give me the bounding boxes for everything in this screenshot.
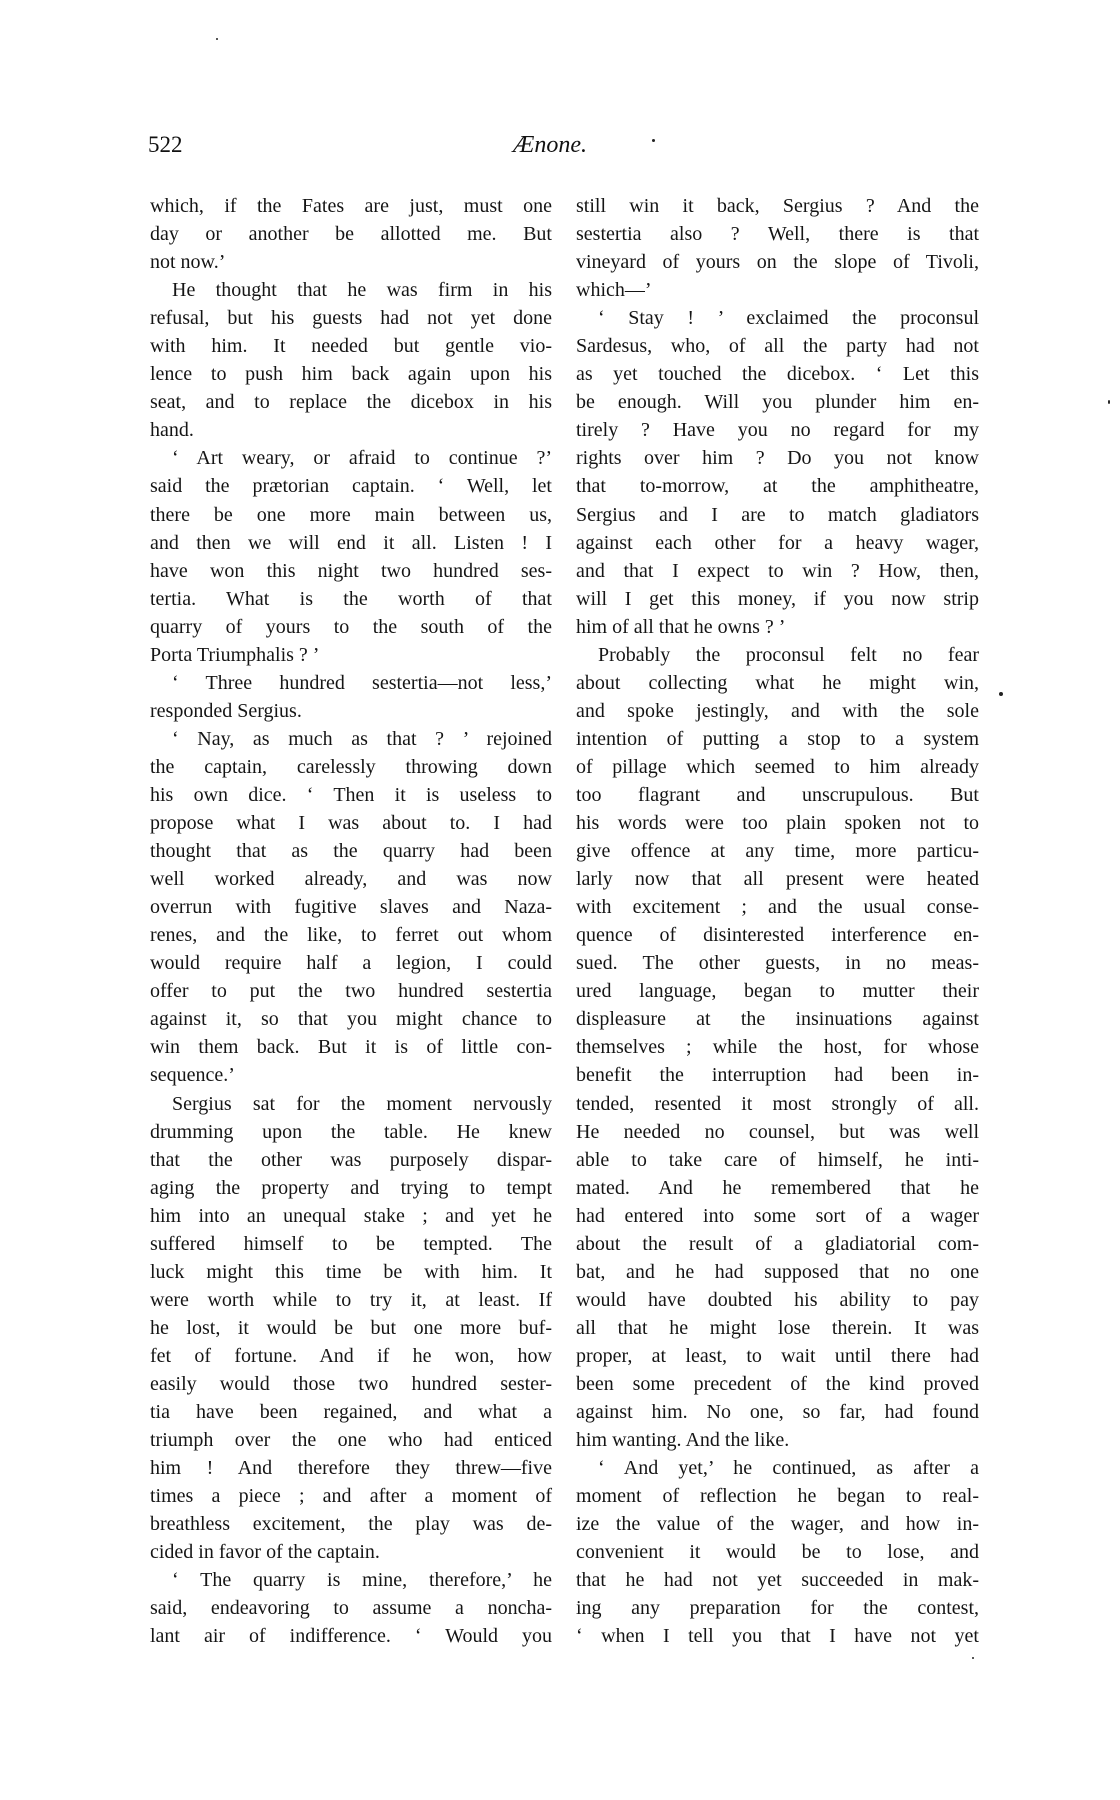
text-line: easily would those two hundred sester- <box>150 1370 552 1398</box>
text-line: propose what I was about to. I had <box>150 809 552 837</box>
text-line: him ! And therefore they threw—five <box>150 1454 552 1482</box>
text-line: seat, and to replace the dicebox in his <box>150 388 552 416</box>
book-page: 522 Ænone. which, if the Fates are just,… <box>0 0 1120 1800</box>
text-line: benefit the interruption had been in- <box>576 1061 979 1089</box>
text-line: suffered himself to be tempted. The <box>150 1230 552 1258</box>
right-text-column: still win it back, Sergius ? And thesest… <box>576 192 979 1650</box>
text-line: that the other was purposely dispar- <box>150 1146 552 1174</box>
text-line: mated. And he remembered that he <box>576 1174 979 1202</box>
text-line: vineyard of yours on the slope of Tivoli… <box>576 248 979 276</box>
text-line: said the prætorian captain. ‘ Well, let <box>150 472 552 500</box>
text-line: sestertia also ? Well, there is that <box>576 220 979 248</box>
text-line: He thought that he was firm in his <box>150 276 552 304</box>
text-line: drumming upon the table. He knew <box>150 1118 552 1146</box>
text-line: breathless excitement, the play was de- <box>150 1510 552 1538</box>
text-line: which—’ <box>576 276 979 304</box>
text-line: be enough. Will you plunder him en- <box>576 388 979 416</box>
scan-speck <box>1108 400 1110 404</box>
text-line: ‘ Three hundred sestertia—not less,’ <box>150 669 552 697</box>
text-line: ‘ Art weary, or afraid to continue ?’ <box>150 444 552 472</box>
text-line: him of all that he owns ? ’ <box>576 613 979 641</box>
text-line: which, if the Fates are just, must one <box>150 192 552 220</box>
text-line: not now.’ <box>150 248 552 276</box>
text-line: proper, at least, to wait until there ha… <box>576 1342 979 1370</box>
text-line: as yet touched the dicebox. ‘ Let this <box>576 360 979 388</box>
text-line: about collecting what he might win, <box>576 669 979 697</box>
text-line: triumph over the one who had enticed <box>150 1426 552 1454</box>
text-line: renes, and the like, to ferret out whom <box>150 921 552 949</box>
page-number: 522 <box>148 131 183 159</box>
text-line: intention of putting a stop to a system <box>576 725 979 753</box>
text-line: lant air of indifference. ‘ Would you <box>150 1622 552 1650</box>
text-line: have won this night two hundred ses- <box>150 557 552 585</box>
text-line: his words were too plain spoken not to <box>576 809 979 837</box>
text-line: had entered into some sort of a wager <box>576 1202 979 1230</box>
text-line: still win it back, Sergius ? And the <box>576 192 979 220</box>
text-line: cided in favor of the captain. <box>150 1538 552 1566</box>
text-line: times a piece ; and after a moment of <box>150 1482 552 1510</box>
text-line: hand. <box>150 416 552 444</box>
text-line: that to-morrow, at the amphitheatre, <box>576 472 979 500</box>
text-line: him into an unequal stake ; and yet he <box>150 1202 552 1230</box>
scan-speck <box>216 38 218 40</box>
running-head: 522 Ænone. <box>0 131 1120 159</box>
text-line: with him. It needed but gentle vio- <box>150 332 552 360</box>
text-line: convenient it would be to lose, and <box>576 1538 979 1566</box>
text-line: thought that as the quarry had been <box>150 837 552 865</box>
text-line: would have doubted his ability to pay <box>576 1286 979 1314</box>
text-line: tirely ? Have you no regard for my <box>576 416 979 444</box>
text-line: ‘ And yet,’ he continued, as after a <box>576 1454 979 1482</box>
text-line: well worked already, and was now <box>150 865 552 893</box>
text-line: ing any preparation for the contest, <box>576 1594 979 1622</box>
text-line: fet of fortune. And if he won, how <box>150 1342 552 1370</box>
text-line: day or another be allotted me. But <box>150 220 552 248</box>
text-line: were worth while to try it, at least. If <box>150 1286 552 1314</box>
text-line: too flagrant and unscrupulous. But <box>576 781 979 809</box>
text-line: aging the property and trying to tempt <box>150 1174 552 1202</box>
text-line: overrun with fugitive slaves and Naza- <box>150 893 552 921</box>
text-line: bat, and he had supposed that no one <box>576 1258 979 1286</box>
text-line: him wanting. And the like. <box>576 1426 979 1454</box>
text-line: moment of reflection he began to real- <box>576 1482 979 1510</box>
text-line: against him. No one, so far, had found <box>576 1398 979 1426</box>
text-line: been some precedent of the kind proved <box>576 1370 979 1398</box>
text-line: larly now that all present were heated <box>576 865 979 893</box>
text-line: luck might this time be with him. It <box>150 1258 552 1286</box>
text-line: tia have been regained, and what a <box>150 1398 552 1426</box>
text-line: Probably the proconsul felt no fear <box>576 641 979 669</box>
text-line: sued. The other guests, in no meas- <box>576 949 979 977</box>
left-text-column: which, if the Fates are just, must oneda… <box>150 192 552 1650</box>
text-line: lence to push him back again upon his <box>150 360 552 388</box>
scan-speck <box>652 139 655 142</box>
text-line: Sardesus, who, of all the party had not <box>576 332 979 360</box>
text-line: ‘ Nay, as much as that ? ’ rejoined <box>150 725 552 753</box>
text-line: displeasure at the insinuations against <box>576 1005 979 1033</box>
text-line: able to take care of himself, he inti- <box>576 1146 979 1174</box>
text-line: and then we will end it all. Listen ! I <box>150 529 552 557</box>
text-line: responded Sergius. <box>150 697 552 725</box>
scan-speck <box>999 692 1003 696</box>
text-line: tended, resented it most strongly of all… <box>576 1090 979 1118</box>
text-line: he lost, it would be but one more buf- <box>150 1314 552 1342</box>
text-line: win them back. But it is of little con- <box>150 1033 552 1061</box>
text-line: ‘ Stay ! ’ exclaimed the proconsul <box>576 304 979 332</box>
text-line: Sergius and I are to match gladiators <box>576 501 979 529</box>
text-line: and that I expect to win ? How, then, <box>576 557 979 585</box>
text-line: his own dice. ‘ Then it is useless to <box>150 781 552 809</box>
text-line: the captain, carelessly throwing down <box>150 753 552 781</box>
text-line: ize the value of the wager, and how in- <box>576 1510 979 1538</box>
scan-speck <box>972 1657 974 1659</box>
text-line: rights over him ? Do you not know <box>576 444 979 472</box>
text-line: with excitement ; and the usual conse- <box>576 893 979 921</box>
text-line: about the result of a gladiatorial com- <box>576 1230 979 1258</box>
text-line: would require half a legion, I could <box>150 949 552 977</box>
text-line: give offence at any time, more particu- <box>576 837 979 865</box>
text-line: all that he might lose therein. It was <box>576 1314 979 1342</box>
text-line: will I get this money, if you now strip <box>576 585 979 613</box>
text-line: Porta Triumphalis ? ’ <box>150 641 552 669</box>
text-line: He needed no counsel, but was well <box>576 1118 979 1146</box>
text-line: ‘ The quarry is mine, therefore,’ he <box>150 1566 552 1594</box>
text-line: against each other for a heavy wager, <box>576 529 979 557</box>
text-line: quarry of yours to the south of the <box>150 613 552 641</box>
text-line: there be one more main between us, <box>150 501 552 529</box>
text-line: offer to put the two hundred sestertia <box>150 977 552 1005</box>
text-line: against it, so that you might chance to <box>150 1005 552 1033</box>
running-title: Ænone. <box>513 131 587 159</box>
text-line: sequence.’ <box>150 1061 552 1089</box>
text-line: Sergius sat for the moment nervously <box>150 1090 552 1118</box>
text-line: of pillage which seemed to him already <box>576 753 979 781</box>
text-line: ‘ when I tell you that I have not yet <box>576 1622 979 1650</box>
text-line: refusal, but his guests had not yet done <box>150 304 552 332</box>
text-line: quence of disinterested interference en- <box>576 921 979 949</box>
text-line: tertia. What is the worth of that <box>150 585 552 613</box>
text-line: said, endeavoring to assume a noncha- <box>150 1594 552 1622</box>
text-line: and spoke jestingly, and with the sole <box>576 697 979 725</box>
text-line: ured language, began to mutter their <box>576 977 979 1005</box>
text-line: that he had not yet succeeded in mak- <box>576 1566 979 1594</box>
text-line: themselves ; while the host, for whose <box>576 1033 979 1061</box>
